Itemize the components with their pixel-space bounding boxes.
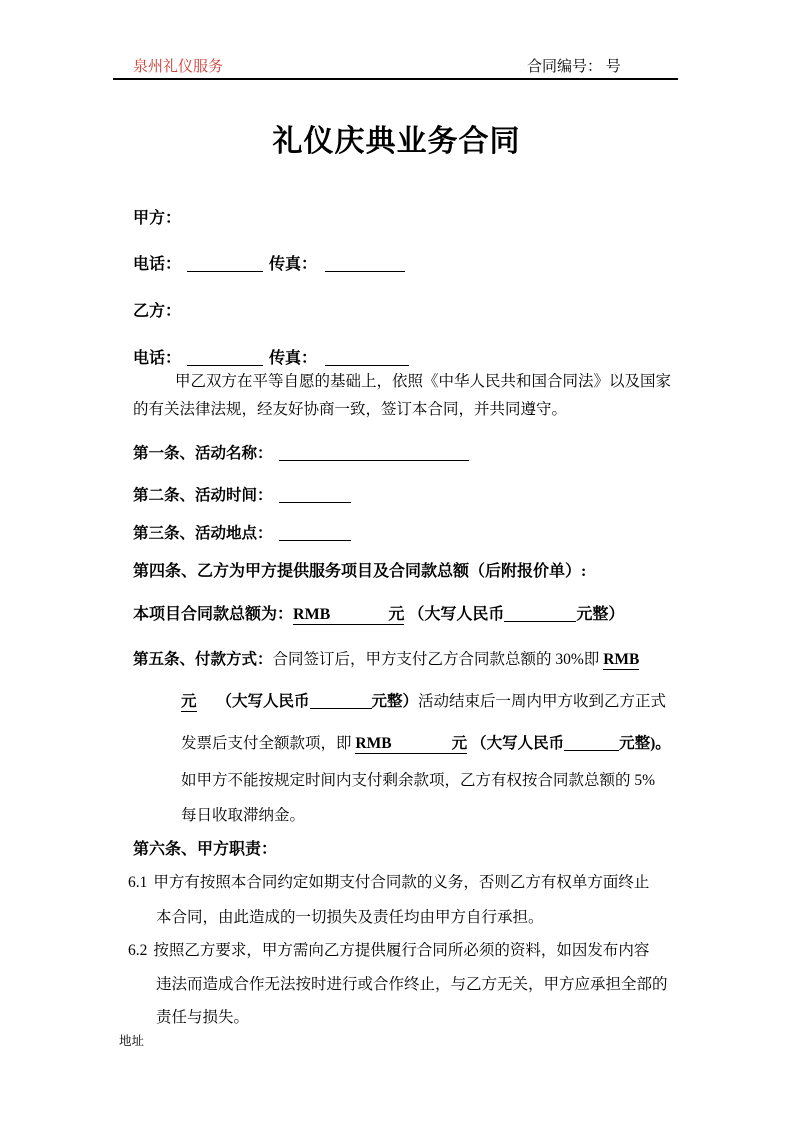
daxie-label: （大写人民币 [217, 693, 310, 710]
amount-words-fill-in-blank [504, 605, 576, 622]
page-footer-address: 地址 [119, 1031, 144, 1049]
yuan-label: 元 [388, 606, 404, 623]
yuanzheng-label: 元整)。 [619, 735, 671, 752]
yuan-label: 元 [181, 693, 197, 712]
fax-fill-in-blank [325, 255, 405, 272]
amount-fill-in-blank [392, 746, 452, 748]
yuanzheng-label: 元整） [576, 606, 624, 623]
intro-line: 的有关法律法规，经友好协商一致，签订本合同，并共同遵守。 [133, 396, 685, 424]
item-number: 6.2 [128, 942, 147, 959]
party-b-contact-row: 电话：传真： [133, 345, 409, 368]
item-number: 6.1 [128, 874, 147, 891]
party-b-label: 乙方： [133, 303, 181, 320]
clause-2-label: 第二条、活动时间： [133, 487, 273, 504]
clause-6-item-2-line-3: 责任与损失。 [156, 1005, 249, 1027]
fax-label: 传真： [269, 350, 317, 367]
phone-label: 电话： [133, 256, 181, 273]
rmb-label: RMB [293, 606, 330, 623]
phone-fill-in-blank [187, 255, 263, 272]
intro-paragraph: 甲乙双方在平等自愿的基础上，依照《中华人民共和国合同法》以及国家 的有关法律法规… [133, 368, 685, 424]
document-header: 泉州礼仪服务 合同编号： 号 [113, 48, 678, 80]
clause-5-line-4: 如甲方不能按规定时间内支付剩余款项，乙方有权按合同款总额的 5% [181, 768, 655, 790]
clause-5-text: 发票后支付全额款项，即 [181, 735, 355, 752]
final-amount-underlined: RMB元 [355, 735, 467, 754]
clause-6-item-2-line-2: 违法而造成合作无法按时进行或合作终止，与乙方无关，甲方应承担全部的 [156, 972, 668, 994]
amount-words-fill-in-blank [564, 734, 619, 751]
phone-label: 电话： [133, 350, 181, 367]
party-a-row: 甲方： [133, 205, 181, 228]
activity-name-fill-in-blank [279, 444, 469, 461]
clause-4-label: 第四条、乙方为甲方提供服务项目及合同款总额（后附报价单）: [133, 563, 586, 580]
daxie-label: （大写人民币 [408, 606, 504, 623]
contract-number: 合同编号： 号 [527, 55, 621, 76]
amount-words-fill-in-blank [310, 692, 372, 709]
contract-document-page: 泉州礼仪服务 合同编号： 号 礼仪庆典业务合同 甲方： 电话：传真： 乙方： 电… [0, 0, 793, 1122]
clause-3-label: 第三条、活动地点： [133, 525, 273, 542]
clause-4-services-and-total: 第四条、乙方为甲方提供服务项目及合同款总额（后附报价单）: [133, 558, 586, 581]
fax-fill-in-blank [325, 349, 409, 366]
clause-6-item-1-line-1: 6.1甲方有按照本合同约定如期支付合同款的义务，否则乙方有权单方面终止 [128, 870, 649, 892]
clause-5-text: 合同签订后，甲方支付乙方合同款总额的 30%即 [273, 651, 604, 668]
company-name: 泉州礼仪服务 [133, 55, 223, 76]
phone-fill-in-blank [187, 349, 263, 366]
clause-6-label: 第六条、甲方职责： [133, 841, 277, 858]
clause-5-text: 活动结束后一周内甲方收到乙方正式 [418, 693, 666, 710]
total-label: 本项目合同款总额为： [133, 606, 293, 623]
clause-3-activity-place: 第三条、活动地点： [133, 521, 351, 543]
clause-2-activity-time: 第二条、活动时间： [133, 483, 351, 505]
clause-5-line-2: 元（大写人民币元整）活动结束后一周内甲方收到乙方正式 [181, 689, 666, 711]
spacer [197, 704, 217, 706]
item-text: 按照乙方要求，甲方需向乙方提供履行合同所必须的资料，如因发布内容 [153, 942, 649, 959]
clause-1-activity-name: 第一条、活动名称： [133, 441, 469, 463]
intro-line: 甲乙双方在平等自愿的基础上，依照《中华人民共和国合同法》以及国家 [133, 368, 685, 396]
yuan-label: 元 [452, 735, 468, 752]
clause-6-item-1-line-2: 本合同，由此造成的一切损失及责任均由甲方自行承担。 [156, 905, 544, 927]
party-a-label: 甲方： [133, 210, 181, 227]
clause-1-label: 第一条、活动名称： [133, 445, 273, 462]
clause-5-line-1: 第五条、付款方式：合同签订后，甲方支付乙方合同款总额的 30%即 RMB [133, 647, 639, 669]
amount-fill-in-blank [330, 617, 388, 619]
daxie-label: （大写人民币 [471, 735, 564, 752]
party-b-row: 乙方： [133, 298, 181, 321]
rmb-label: RMB [603, 651, 639, 670]
clause-6-item-2-line-1: 6.2按照乙方要求，甲方需向乙方提供履行合同所必须的资料，如因发布内容 [128, 938, 649, 960]
item-text: 甲方有按照本合同约定如期支付合同款的义务，否则乙方有权单方面终止 [153, 874, 649, 891]
party-a-contact-row: 电话：传真： [133, 251, 405, 274]
clause-5-line-5: 每日收取滞纳金。 [181, 803, 305, 825]
yuanzheng-label: 元整） [372, 693, 419, 710]
rmb-label: RMB [355, 735, 391, 752]
clause-5-line-3: 发票后支付全额款项，即 RMB元（大写人民币元整)。 [181, 731, 671, 753]
activity-time-fill-in-blank [279, 486, 351, 503]
contract-total-row: 本项目合同款总额为：RMB元（大写人民币元整） [133, 601, 624, 624]
clause-6-header: 第六条、甲方职责： [133, 836, 277, 859]
clause-5-label: 第五条、付款方式： [133, 651, 273, 668]
fax-label: 传真： [269, 256, 317, 273]
activity-place-fill-in-blank [279, 524, 351, 541]
document-title: 礼仪庆典业务合同 [0, 116, 793, 160]
total-amount-underlined: RMB元 [293, 606, 404, 625]
